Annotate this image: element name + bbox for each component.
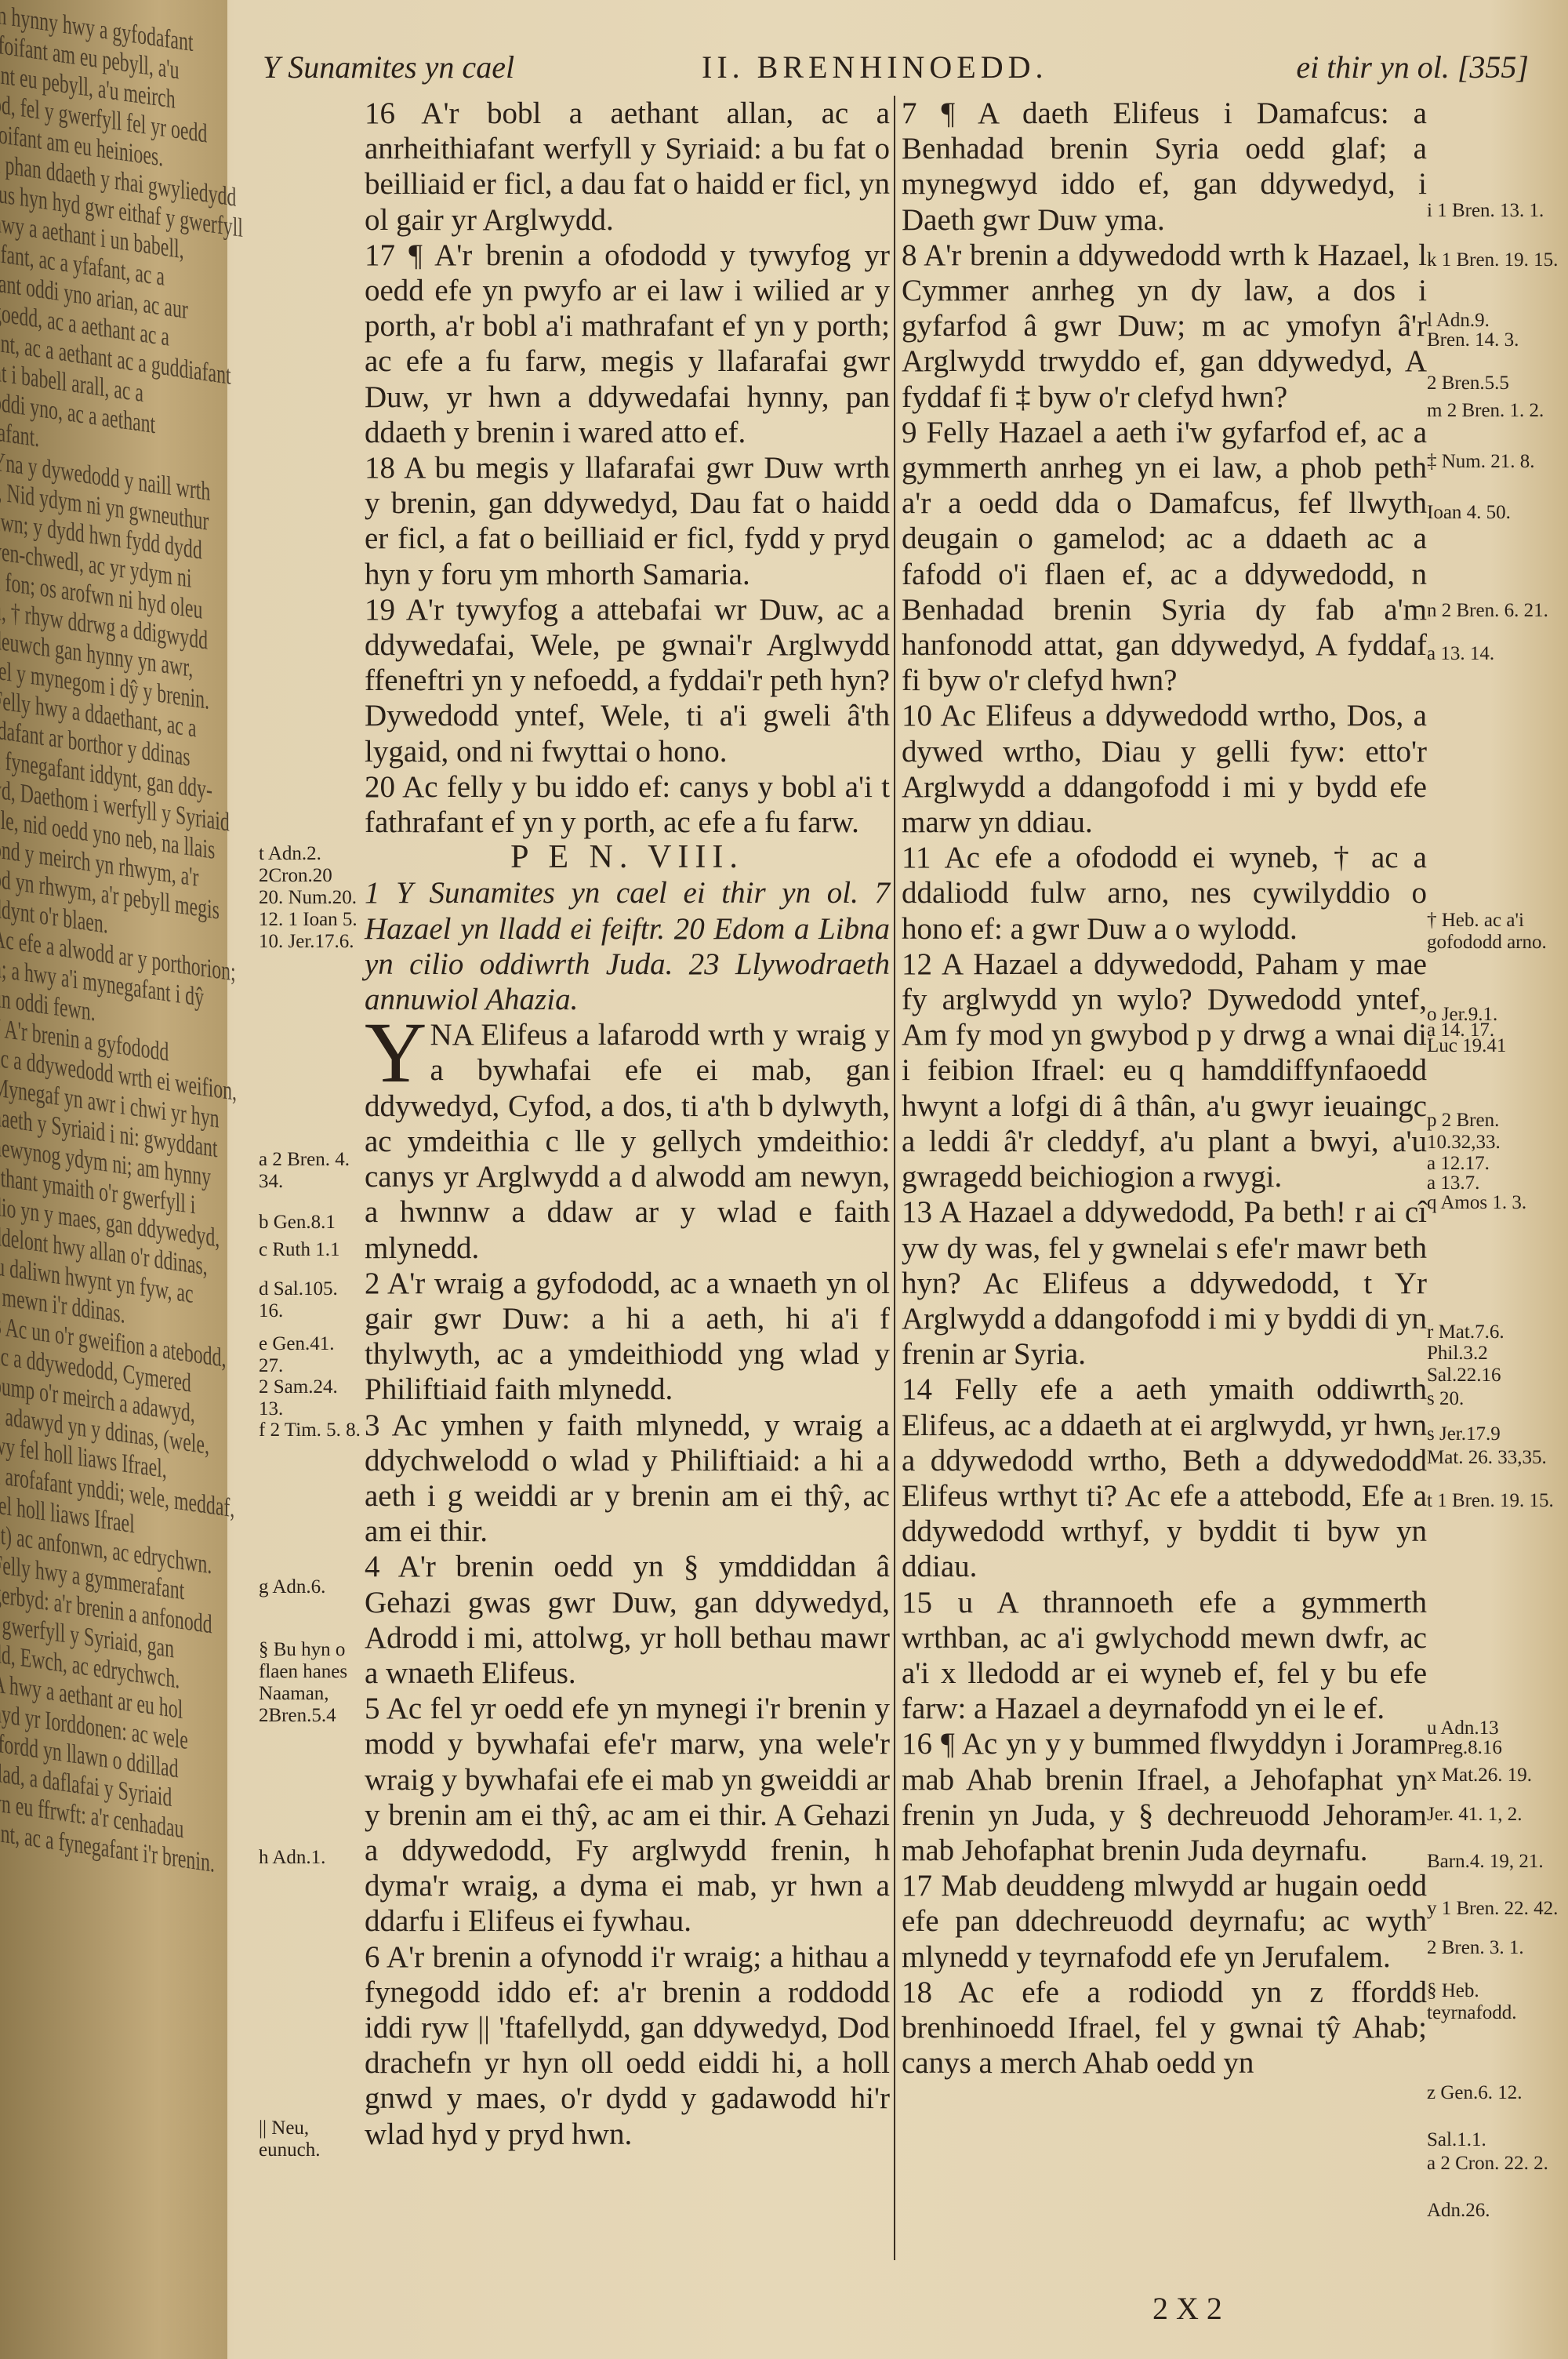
margin-reference: Phil.3.2 bbox=[1427, 1343, 1560, 1365]
previous-page-bleed: m hynny hwy a gyfodafantffoifant am eu p… bbox=[0, 0, 227, 2359]
verse-7: 7 ¶ A daeth Elifeus i Damafcus: a Benhad… bbox=[902, 96, 1427, 238]
margin-reference: a 13.7. bbox=[1427, 1172, 1560, 1194]
verse-19: 19 A'r tywyfog a attebafai wr Duw, ac a … bbox=[365, 592, 890, 769]
verse-18: 18 A bu megis y llafarafai gwr Duw wrth … bbox=[365, 450, 890, 592]
page-number: [355] bbox=[1457, 49, 1529, 85]
margin-reference: e Gen.41. 27. bbox=[259, 1333, 361, 1377]
header-left: Y Sunamites yn cael bbox=[263, 49, 514, 85]
verse-11: 11 Ac efe a ofododd ei wyneb, † ac a dda… bbox=[902, 840, 1427, 947]
margin-reference: a 2 Cron. 22. 2. bbox=[1427, 2153, 1560, 2175]
margin-reference: Jer. 41. 1, 2. bbox=[1427, 1804, 1560, 1826]
verse-17b: 17 Mab deuddeng mlwydd ar hugain oedd ef… bbox=[902, 1868, 1427, 1975]
margin-reference: a 2 Bren. 4. 34. bbox=[259, 1149, 361, 1193]
margin-reference: q Amos 1. 3. bbox=[1427, 1192, 1560, 1214]
margin-reference: p 2 Bren. 10.32,33. bbox=[1427, 1110, 1560, 1154]
margin-reference: Ioan 4. 50. bbox=[1427, 502, 1560, 524]
verse-17: 17 ¶ A'r brenin a ofododd y tywyfog yr o… bbox=[365, 238, 890, 450]
verse-4: 4 A'r brenin oedd yn § ymddiddan â Gehaz… bbox=[365, 1549, 890, 1691]
margin-reference: Luc 19.41 bbox=[1427, 1035, 1560, 1057]
margin-reference: b Gen.8.1 bbox=[259, 1212, 361, 1234]
margin-reference: r Mat.7.6. bbox=[1427, 1321, 1560, 1343]
margin-reference: Sal.1.1. bbox=[1427, 2129, 1560, 2151]
verse-12: 12 A Hazael a ddywedodd, Paham y mae fy … bbox=[902, 947, 1427, 1194]
verse-16b: 16 ¶ Ac yn y y bummed flwyddyn i Joram m… bbox=[902, 1726, 1427, 1868]
margin-reference: a 12.17. bbox=[1427, 1153, 1560, 1175]
margin-reference: i 1 Bren. 13. 1. bbox=[1427, 200, 1560, 222]
margin-reference: c Ruth 1.1 bbox=[259, 1239, 361, 1261]
verse-20: 20 Ac felly y bu iddo ef: canys y bobl a… bbox=[365, 769, 890, 840]
margin-reference: t 1 Bren. 19. 15. bbox=[1427, 1490, 1560, 1512]
margin-reference: ‡ Num. 21. 8. bbox=[1427, 451, 1560, 473]
column-left: 16 A'r bobl a aethant allan, ac a anrhei… bbox=[365, 96, 890, 2152]
margin-reference: g Adn.6. bbox=[259, 1576, 361, 1598]
verse-15: 15 u A thrannoeth efe a gymmerth wrthban… bbox=[902, 1585, 1427, 1727]
verse-16: 16 A'r bobl a aethant allan, ac a anrhei… bbox=[365, 96, 890, 238]
verse-2: 2 A'r wraig a gyfododd, ac a wnaeth yn o… bbox=[365, 1266, 890, 1408]
chapter-summary: 1 Y Sunamites yn cael ei thir yn ol. 7 H… bbox=[365, 875, 890, 1017]
margin-reference: f 2 Tim. 5. 8. bbox=[259, 1419, 361, 1441]
margin-reference: 2 Bren. 3. 1. bbox=[1427, 1937, 1560, 1959]
header-right: ei thir yn ol. [355] bbox=[1296, 49, 1529, 85]
header-right-text: ei thir yn ol. bbox=[1296, 49, 1450, 85]
margin-reference: s 20. bbox=[1427, 1388, 1560, 1410]
verse-14: 14 Felly efe a aeth ymaith oddiwrth Elif… bbox=[902, 1372, 1427, 1584]
margin-reference: t Adn.2. 2Cron.20 20. Num.20. 12. 1 Ioan… bbox=[259, 843, 361, 953]
margin-reference: d Sal.105. 16. bbox=[259, 1278, 361, 1322]
drop-cap: Y bbox=[365, 1017, 426, 1088]
chapter-heading: P E N. VIII. bbox=[365, 840, 890, 875]
margin-reference: x Mat.26. 19. bbox=[1427, 1765, 1560, 1787]
verse-13: 13 A Hazael a ddywedodd, Pa beth! r ai c… bbox=[902, 1194, 1427, 1372]
book-page: m hynny hwy a gyfodafantffoifant am eu p… bbox=[0, 0, 1568, 2359]
verse-6: 6 A'r brenin a ofynodd i'r wraig; a hith… bbox=[365, 1939, 890, 2152]
verse-5: 5 Ac fel yr oedd efe yn mynegi i'r breni… bbox=[365, 1691, 890, 1939]
verse-1-text: NA Elifeus a lafarodd wrth y wraig y a b… bbox=[365, 1018, 890, 1264]
margin-reference: Mat. 26. 33,35. bbox=[1427, 1447, 1560, 1469]
margin-reference: Barn.4. 19, 21. bbox=[1427, 1851, 1560, 1873]
verse-9: 9 Felly Hazael a aeth i'w gyfarfod ef, a… bbox=[902, 415, 1427, 699]
column-divider bbox=[894, 96, 895, 2260]
margin-reference: z Gen.6. 12. bbox=[1427, 2082, 1560, 2104]
margin-reference: u Adn.13 bbox=[1427, 1717, 1560, 1739]
margin-reference: m 2 Bren. 1. 2. bbox=[1427, 400, 1560, 422]
margin-reference: y 1 Bren. 22. 42. bbox=[1427, 1898, 1560, 1920]
verse-10: 10 Ac Elifeus a ddywedodd wrtho, Dos, a … bbox=[902, 698, 1427, 840]
margin-reference: 2 Sam.24. 13. bbox=[259, 1376, 361, 1420]
verse-18b: 18 Ac efe a rodiodd yn z ffordd brenhino… bbox=[902, 1975, 1427, 2081]
header-book-title: II. BRENHINOEDD. bbox=[702, 49, 1048, 85]
margin-reference: Sal.22.16 bbox=[1427, 1365, 1560, 1387]
margin-reference: Preg.8.16 bbox=[1427, 1737, 1560, 1759]
verse-1: YNA Elifeus a lafarodd wrth y wraig y a … bbox=[365, 1017, 890, 1265]
margin-reference: Adn.26. bbox=[1427, 2200, 1560, 2222]
margin-reference: § Heb. teyrnafodd. bbox=[1427, 1980, 1560, 2024]
margin-reference: Bren. 14. 3. bbox=[1427, 329, 1560, 351]
verse-8: 8 A'r brenin a ddywedodd wrth k Hazael, … bbox=[902, 238, 1427, 415]
margin-reference: a 13. 14. bbox=[1427, 643, 1560, 665]
margin-reference: n 2 Bren. 6. 21. bbox=[1427, 600, 1560, 622]
verse-3: 3 Ac ymhen y faith mlynedd, y wraig a dd… bbox=[365, 1408, 890, 1550]
margin-reference: § Bu hyn o flaen hanes Naaman, 2Bren.5.4 bbox=[259, 1639, 361, 1727]
margin-reference: 2 Bren.5.5 bbox=[1427, 373, 1560, 394]
column-right: 7 ¶ A daeth Elifeus i Damafcus: a Benhad… bbox=[902, 96, 1427, 2081]
margin-reference: l Adn.9. bbox=[1427, 310, 1560, 332]
margin-reference: k 1 Bren. 19. 15. bbox=[1427, 249, 1560, 271]
margin-reference: † Heb. ac a'i gofododd arno. bbox=[1427, 910, 1560, 954]
margin-reference: s Jer.17.9 bbox=[1427, 1423, 1560, 1445]
margin-reference: h Adn.1. bbox=[259, 1847, 361, 1869]
margin-reference: || Neu, eunuch. bbox=[259, 2117, 361, 2161]
signature-mark: 2 X 2 bbox=[1152, 2290, 1222, 2327]
running-header: Y Sunamites yn cael II. BRENHINOEDD. ei … bbox=[263, 49, 1529, 96]
